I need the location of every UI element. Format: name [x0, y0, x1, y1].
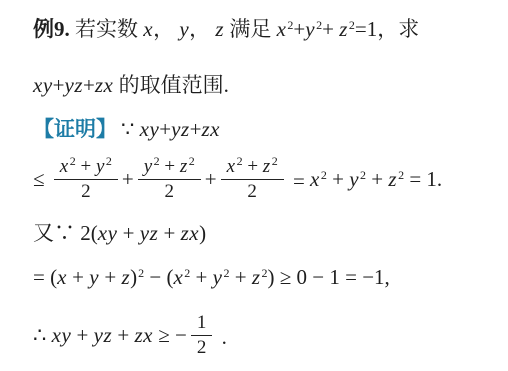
math-operator-run: =	[288, 169, 310, 193]
superscript: 2	[137, 266, 144, 280]
superscript: 2	[397, 168, 404, 182]
math-operator-run: +	[122, 167, 134, 191]
superscript: 2	[222, 266, 229, 280]
math-variable-run: x	[173, 265, 183, 289]
math-variable-run: x	[227, 156, 236, 177]
fraction-denominator: 2	[54, 180, 118, 203]
fraction-numerator: 1	[191, 312, 213, 336]
superscript: 2	[261, 266, 268, 280]
math-variable-run: xy	[33, 73, 53, 97]
math-variable-run: zx	[134, 323, 153, 347]
math-variable-run: zx	[201, 117, 220, 141]
math-variable-run: x	[277, 17, 287, 41]
math-variable-run: yz	[140, 221, 159, 245]
text-run: ，	[153, 17, 179, 41]
math-operator-run: ∵	[121, 117, 140, 141]
math-variable-run: y	[89, 265, 99, 289]
superscript: 2	[286, 18, 293, 32]
math-variable-run: y	[144, 156, 153, 177]
math-variable-run: z	[263, 156, 271, 177]
text-run: 的取值范围.	[113, 73, 229, 97]
math-operator-run: +	[67, 265, 89, 289]
math-operator-run: +	[322, 17, 339, 41]
math-operator-run: +	[99, 265, 121, 289]
problem-statement-line-2: xy+yz+zx 的取值范围.	[33, 72, 229, 98]
superscript: 2	[153, 154, 160, 168]
math-variable-run: yz	[65, 73, 84, 97]
fraction: x2 + z22	[221, 156, 284, 203]
math-operator-run: +	[160, 156, 180, 177]
math-operator-run: 2	[81, 181, 91, 202]
math-variable-run: x	[57, 265, 67, 289]
math-operator-run: .	[216, 325, 227, 349]
superscript: 2	[183, 266, 190, 280]
text-run: 满足	[224, 17, 277, 41]
math-operator-run: − (	[144, 265, 173, 289]
math-operator-run: =1	[355, 17, 377, 41]
fraction: 12	[191, 312, 213, 359]
superscript: 2	[315, 18, 322, 32]
math-variable-run: z	[339, 17, 348, 41]
math-variable-run: z	[180, 156, 188, 177]
math-operator-run: ≥ −	[153, 323, 187, 347]
amgm-inequality-line: ≤ x2 + y22+y2 + z22+x2 + z22 = x2 + y2 +…	[33, 158, 442, 205]
math-operator-run: +	[112, 323, 134, 347]
math-variable-run: y	[96, 156, 105, 177]
math-operator-run: = (	[33, 265, 57, 289]
math-operator-run: +	[71, 323, 93, 347]
math-document-page: 例9. 若实数 x， y， z 满足 x2+y2+ z2=1，求xy+yz+zx…	[0, 0, 508, 371]
math-variable-run: yz	[171, 117, 190, 141]
proof-opening-line: 【证明】∵ xy+yz+zx	[33, 116, 220, 142]
math-variable-run: xy	[140, 117, 160, 141]
fraction-denominator: 2	[191, 336, 213, 359]
fraction: x2 + y22	[54, 156, 118, 203]
text-run: ，求	[377, 17, 419, 41]
math-variable-run: z	[388, 167, 397, 191]
math-variable-run: zx	[95, 73, 114, 97]
fraction: y2 + z22	[138, 156, 201, 203]
superscript: 2	[271, 154, 278, 168]
math-variable-run: z	[121, 265, 130, 289]
math-operator-run: ∵ 2(	[54, 221, 98, 245]
math-variable-run: xy	[98, 221, 118, 245]
math-operator-run: ∴	[33, 323, 52, 347]
superscript: 2	[69, 154, 76, 168]
fraction-denominator: 2	[221, 180, 284, 203]
math-operator-run: +	[83, 73, 95, 97]
math-operator-run: ≤	[33, 167, 50, 191]
math-variable-run: x	[310, 167, 320, 191]
math-variable-run: z	[215, 17, 224, 41]
expansion-setup-line: 又∵ 2(xy + yz + zx)	[33, 220, 206, 246]
math-operator-run: +	[293, 17, 305, 41]
math-operator-run: = 1.	[404, 167, 442, 191]
math-operator-run: +	[117, 221, 139, 245]
math-operator-run: +	[229, 265, 251, 289]
math-operator-run: )	[199, 221, 206, 245]
proof-label: 【证明】	[33, 117, 121, 141]
text-run: ，	[189, 17, 215, 41]
math-operator-run: 2	[197, 337, 207, 358]
problem-label: 例9.	[33, 17, 70, 41]
math-operator-run: +	[205, 167, 217, 191]
math-operator-run: ) ≥ 0 − 1 = −1,	[268, 265, 390, 289]
math-operator-run: 2	[247, 181, 257, 202]
math-operator-run: +	[366, 167, 388, 191]
math-variable-run: y	[349, 167, 359, 191]
math-variable-run: y	[305, 17, 315, 41]
fraction-numerator: x2 + y2	[54, 156, 118, 180]
math-variable-run: x	[143, 17, 153, 41]
math-operator-run: +	[243, 156, 263, 177]
conclusion-line: ∴ xy + yz + zx ≥ −12 .	[33, 314, 227, 361]
superscript: 2	[236, 154, 243, 168]
math-operator-run: +	[159, 117, 171, 141]
math-operator-run: +	[76, 156, 96, 177]
math-variable-run: y	[213, 265, 223, 289]
text-run: 又	[33, 221, 54, 245]
expansion-inequality-line: = (x + y + z)2 − (x2 + y2 + z2) ≥ 0 − 1 …	[33, 264, 390, 290]
problem-statement-line-1: 例9. 若实数 x， y， z 满足 x2+y2+ z2=1，求	[33, 16, 419, 42]
math-variable-run: yz	[94, 323, 113, 347]
math-operator-run: +	[190, 117, 202, 141]
superscript: 2	[320, 168, 327, 182]
fraction-numerator: x2 + z2	[221, 156, 284, 180]
math-operator-run: 1	[197, 312, 207, 333]
math-variable-run: x	[60, 156, 69, 177]
math-operator-run: +	[190, 265, 212, 289]
math-variable-run: xy	[52, 323, 72, 347]
math-operator-run: 2	[165, 181, 175, 202]
text-run: 若实数	[70, 17, 144, 41]
fraction-denominator: 2	[138, 180, 201, 203]
math-variable-run: y	[179, 17, 189, 41]
superscript: 2	[105, 154, 112, 168]
math-operator-run: +	[158, 221, 180, 245]
math-variable-run: z	[252, 265, 261, 289]
math-operator-run: +	[327, 167, 349, 191]
superscript: 2	[359, 168, 366, 182]
superscript: 2	[188, 154, 195, 168]
math-operator-run: +	[53, 73, 65, 97]
fraction-numerator: y2 + z2	[138, 156, 201, 180]
math-variable-run: zx	[181, 221, 200, 245]
superscript: 2	[348, 18, 355, 32]
